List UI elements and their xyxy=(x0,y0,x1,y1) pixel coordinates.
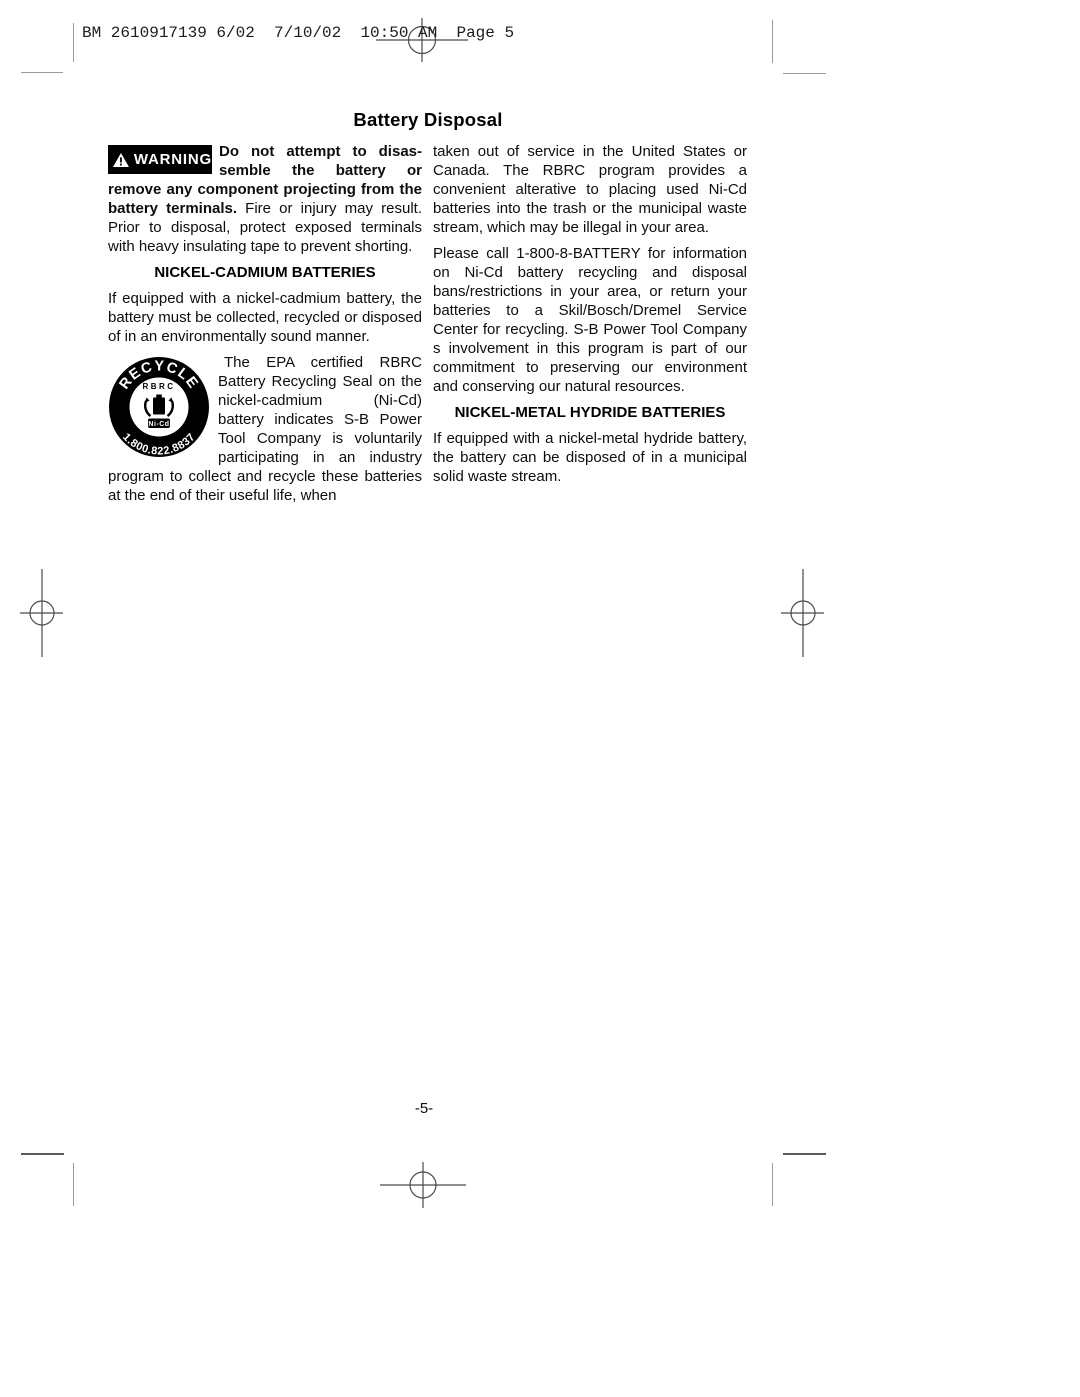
page-title: Battery Disposal xyxy=(108,109,748,131)
page-number: -5- xyxy=(415,1100,433,1117)
registration-mark-top xyxy=(352,0,492,110)
warning-badge: WARNING xyxy=(108,145,212,174)
crop-mark-bottom-left-vertical xyxy=(73,1163,75,1206)
warning-paragraph: WARNING Do not attempt to disas-semble t… xyxy=(108,142,422,256)
warning-label: WARNING xyxy=(134,150,212,169)
crop-mark-top-left-vertical xyxy=(73,23,75,62)
registration-mark-left xyxy=(0,543,112,683)
nimh-paragraph: If equipped with a nickel-metal hydride … xyxy=(433,429,747,486)
crop-mark-bottom-left-horizontal xyxy=(21,1153,64,1155)
seal-nicd-label: Ni-Cd xyxy=(148,421,169,428)
nimh-heading: NICKEL-METAL HYDRIDE BATTERIES xyxy=(433,403,747,422)
battery-hotline-paragraph: Please call 1-800-8-BATTERY for informat… xyxy=(433,244,747,396)
header-slug: BM 2610917139 6/02 7/10/02 10:50 AM Page… xyxy=(82,24,514,42)
document-page: BM 2610917139 6/02 7/10/02 10:50 AM Page… xyxy=(0,0,1080,1397)
rbrc-program-paragraph: taken out of service in the United State… xyxy=(433,142,747,237)
seal-rbrc-label: RBRC xyxy=(142,382,175,391)
crop-mark-bottom-right-horizontal xyxy=(783,1153,826,1155)
nicd-intro-paragraph: If equipped with a nickel-cadmium batter… xyxy=(108,289,422,346)
crop-mark-top-right-vertical xyxy=(772,20,774,63)
nicd-heading: NICKEL-CADMIUM BATTERIES xyxy=(108,263,422,282)
rbrc-recycle-seal-icon: RECYCLE 1.800.822.8837 RBRC xyxy=(108,356,210,458)
seal-paragraph: RECYCLE 1.800.822.8837 RBRC xyxy=(108,353,422,505)
right-column: taken out of service in the United State… xyxy=(433,142,747,512)
crop-mark-top-right-horizontal xyxy=(783,73,826,75)
left-column: WARNING Do not attempt to disas-semble t… xyxy=(108,142,422,512)
warning-triangle-icon xyxy=(113,153,129,167)
registration-mark-bottom xyxy=(353,1115,493,1255)
crop-mark-top-left-horizontal xyxy=(21,72,63,74)
registration-mark-right xyxy=(733,543,873,683)
crop-mark-bottom-right-vertical xyxy=(772,1163,774,1206)
page-content: Battery Disposal WARNING Do not attempt … xyxy=(108,109,748,512)
